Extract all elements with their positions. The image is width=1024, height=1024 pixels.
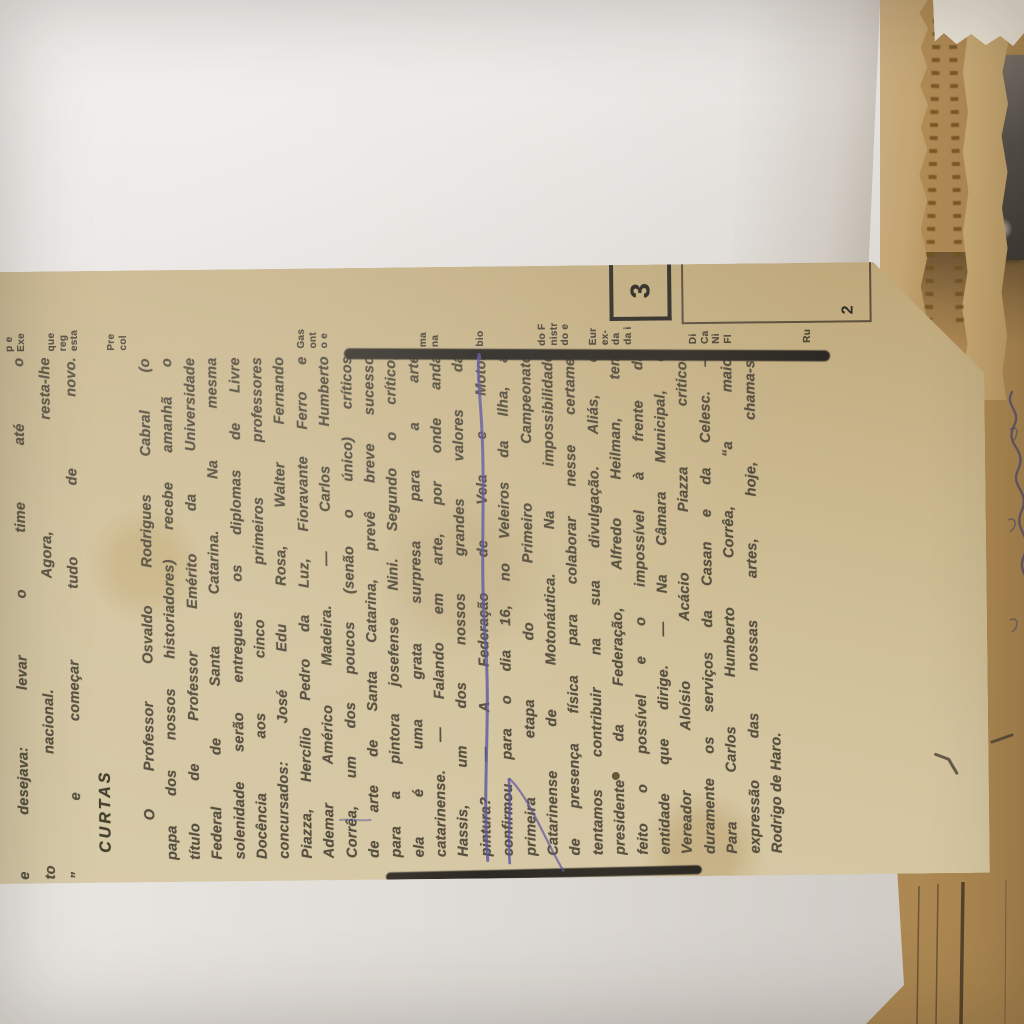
torn-paper-strip xyxy=(962,0,1008,400)
underlying-clipping-rules xyxy=(900,880,1024,1024)
pen-underline xyxy=(0,261,990,884)
scrapbook-photo: e desejava: levar o time até oto naciona… xyxy=(0,0,1024,1024)
newspaper-clipping: e desejava: levar o time até oto naciona… xyxy=(0,261,990,884)
torn-white-corner xyxy=(933,0,1024,46)
white-sheet-bottom xyxy=(0,860,910,1024)
sheet-fold-shadow xyxy=(732,0,881,289)
handwritten-note xyxy=(984,370,1024,790)
